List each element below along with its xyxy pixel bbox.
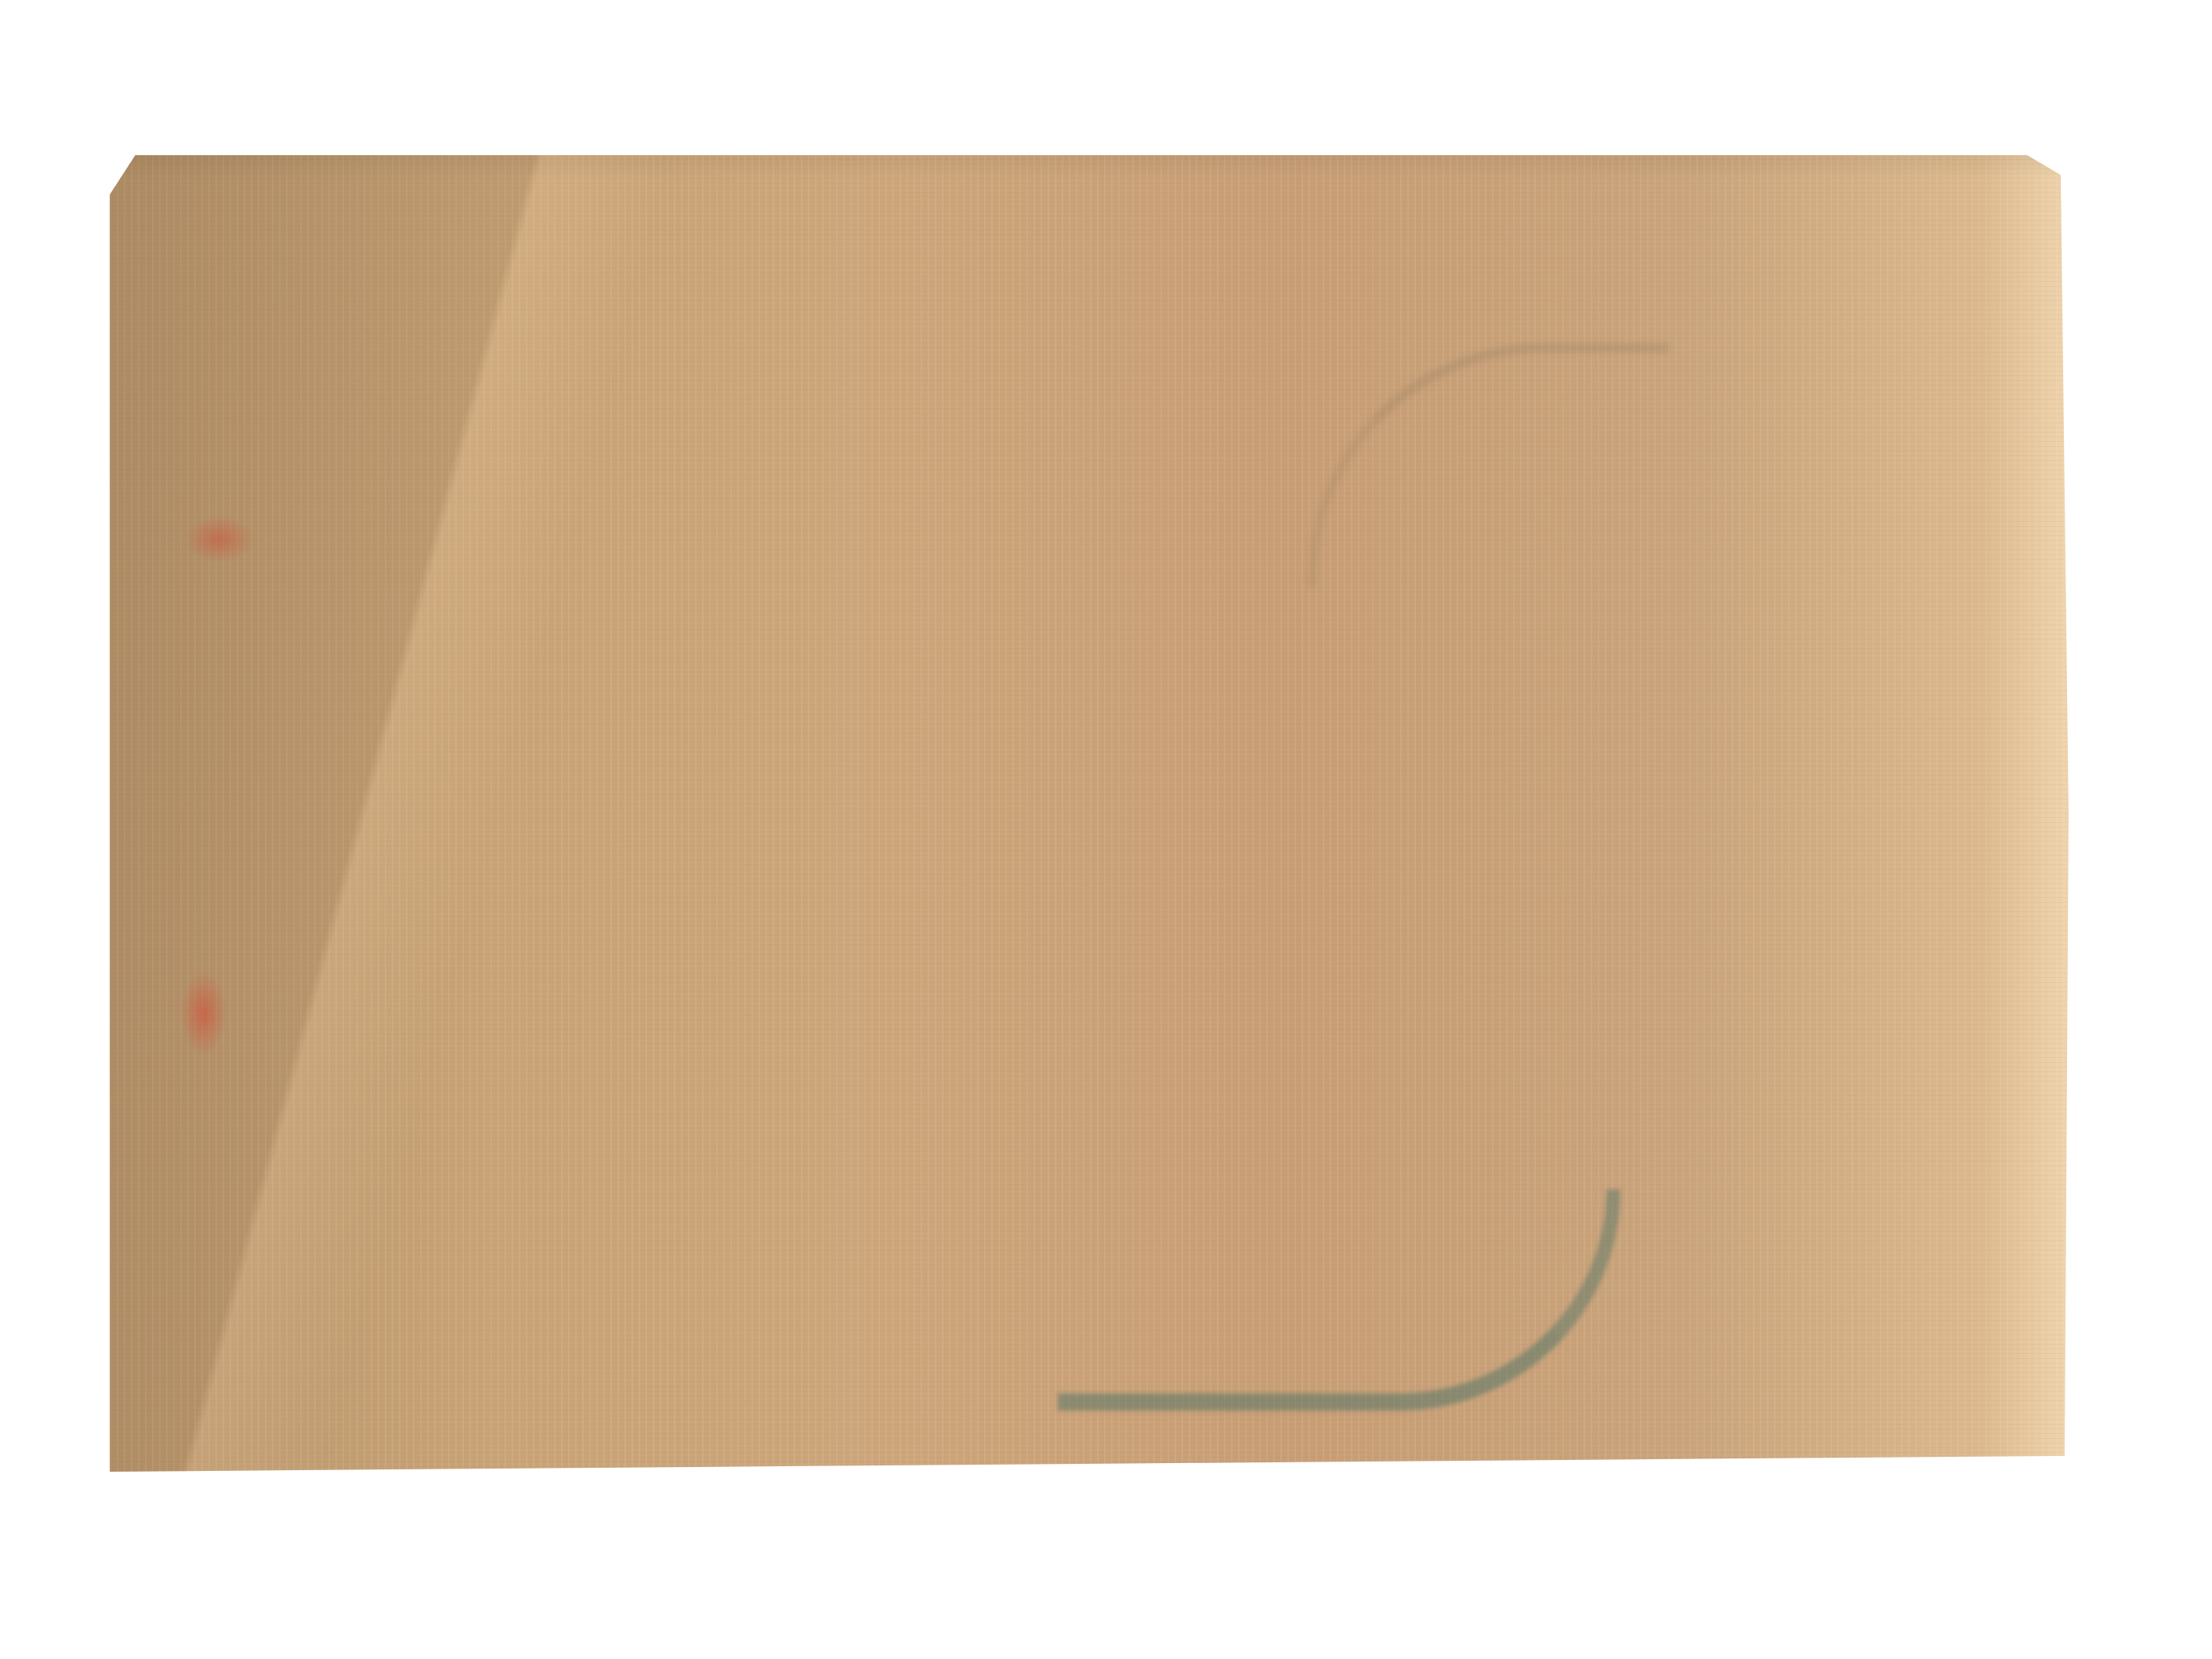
- faint-curved-stroke: [1309, 343, 1669, 588]
- blue-green-curved-stroke: [1058, 1190, 1620, 1411]
- fold-crease: [110, 155, 700, 1472]
- linen-canvas-sheet: [110, 155, 2076, 1472]
- red-smudge-upper: [184, 516, 255, 563]
- red-smudge-lower: [180, 970, 227, 1056]
- top-edge-shadow: [110, 155, 2076, 179]
- red-dashed-line: [353, 1472, 548, 1474]
